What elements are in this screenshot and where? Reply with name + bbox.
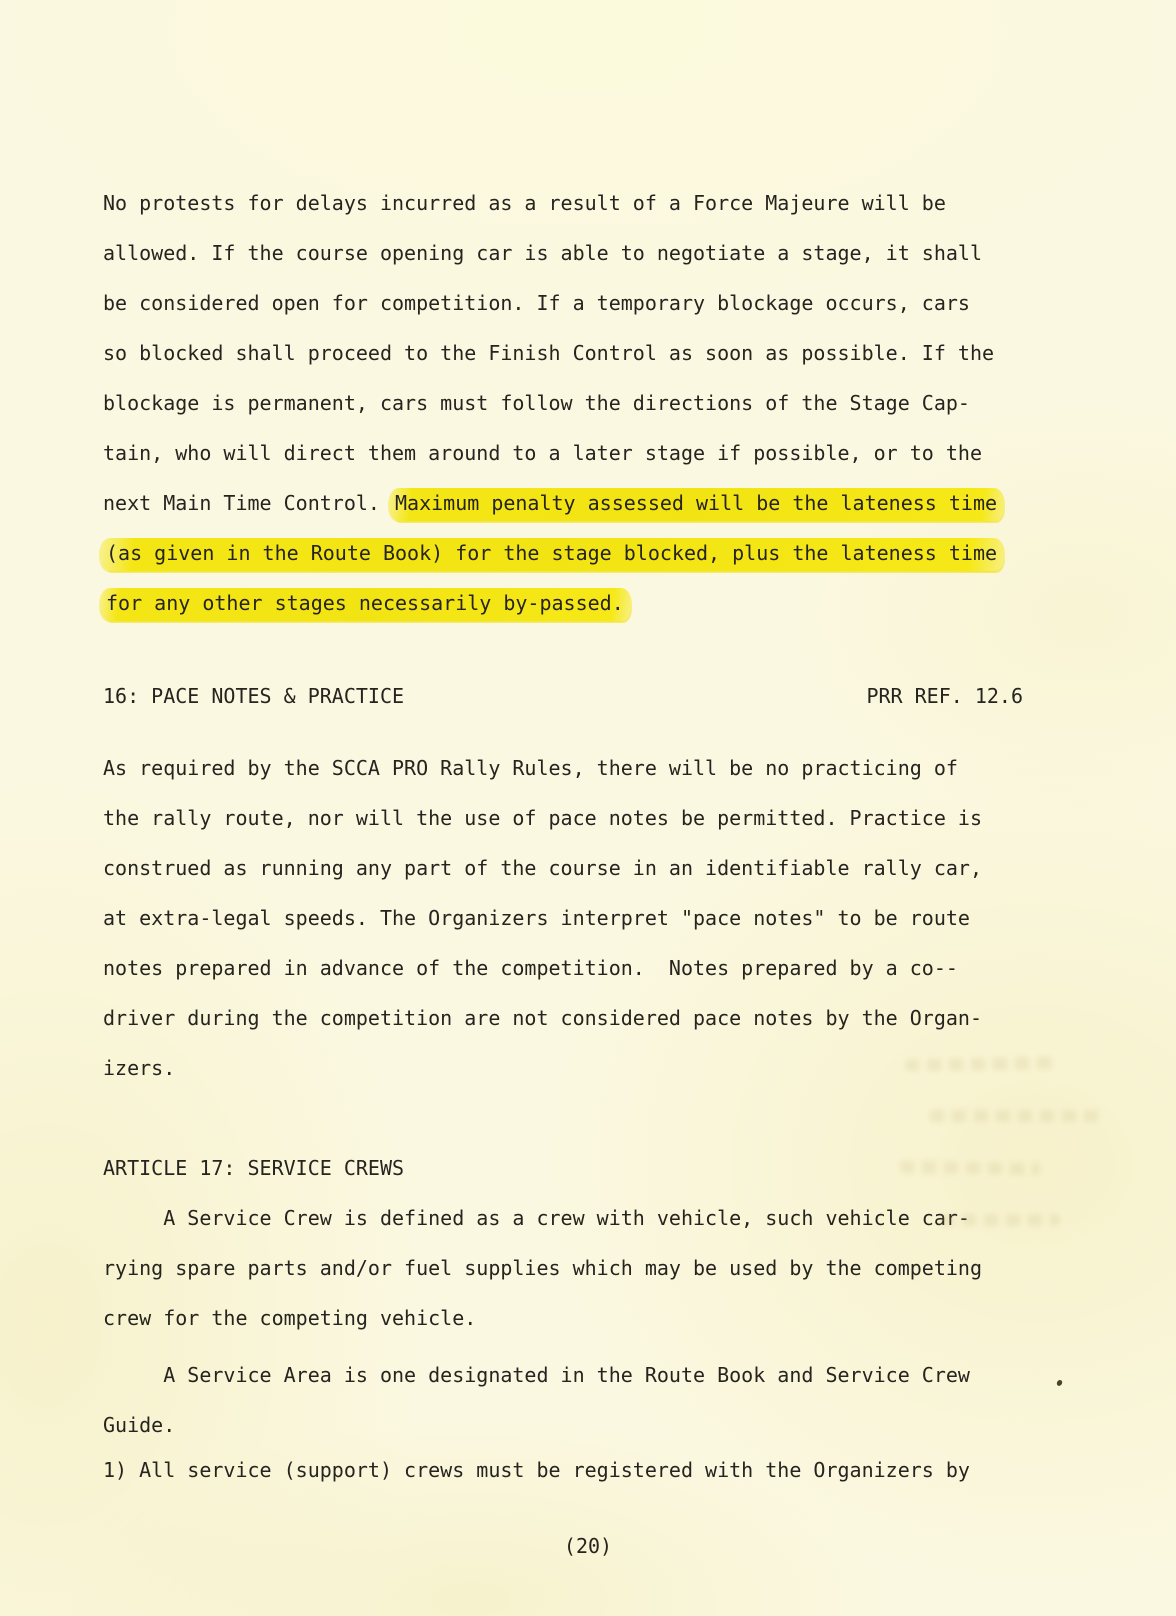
text-line: notes prepared in advance of the competi… xyxy=(103,943,1023,993)
text-line: next Main Time Control. Maximum penalty … xyxy=(103,478,1023,528)
text-line: tain, who will direct them around to a l… xyxy=(103,428,1023,478)
text-line: (as given in the Route Book) for the sta… xyxy=(103,528,1023,578)
bleed-through-smudge xyxy=(905,1057,1055,1072)
text-line: blockage is permanent, cars must follow … xyxy=(103,378,1023,428)
paragraph-registration-lines: 1) All service (support) crews must be r… xyxy=(103,1445,1023,1495)
paragraph-service-area: A Service Area is one designated in the … xyxy=(103,1350,1023,1450)
bleed-through-smudge xyxy=(900,1161,1040,1175)
highlighted-text: Maximum penalty assessed will be the lat… xyxy=(388,488,1005,521)
text-line: rying spare parts and/or fuel supplies w… xyxy=(103,1243,1023,1293)
paragraph-force-majeure: No protests for delays incurred as a res… xyxy=(103,178,1023,628)
text-line: be considered open for competition. If a… xyxy=(103,278,1023,328)
paragraph-service-area-lines: A Service Area is one designated in the … xyxy=(103,1350,1023,1450)
text-line: Guide. xyxy=(103,1400,1023,1450)
text-line: izers. xyxy=(103,1043,1023,1093)
section-16-heading-row: 16: PACE NOTES & PRACTICE PRR REF. 12.6 xyxy=(103,671,1023,721)
text-line: so blocked shall proceed to the Finish C… xyxy=(103,328,1023,378)
text-line: allowed. If the course opening car is ab… xyxy=(103,228,1023,278)
article-17-heading-row: ARTICLE 17: SERVICE CREWS xyxy=(103,1143,1023,1193)
paragraph-force-majeure-plain-lines: No protests for delays incurred as a res… xyxy=(103,178,1023,478)
line-plain-text: next Main Time Control. xyxy=(103,491,392,515)
section-16-heading: 16: PACE NOTES & PRACTICE xyxy=(103,671,404,721)
article-17-heading: ARTICLE 17: SERVICE CREWS xyxy=(103,1156,404,1180)
text-line: the rally route, nor will the use of pac… xyxy=(103,793,1023,843)
paragraph-service-crew: A Service Crew is defined as a crew with… xyxy=(103,1193,1023,1343)
paragraph-pace-notes: As required by the SCCA PRO Rally Rules,… xyxy=(103,743,1023,1093)
paragraph-registration-item-1: 1) All service (support) crews must be r… xyxy=(103,1445,1023,1495)
text-line: driver during the competition are not co… xyxy=(103,993,1023,1043)
text-line: crew for the competing vehicle. xyxy=(103,1293,1023,1343)
page-number: (20) xyxy=(0,1521,1176,1571)
bleed-through-smudge xyxy=(930,1110,1105,1122)
paragraph-pace-notes-lines: As required by the SCCA PRO Rally Rules,… xyxy=(103,743,1023,1093)
text-line: A Service Area is one designated in the … xyxy=(103,1350,1023,1400)
text-line: construed as running any part of the cou… xyxy=(103,843,1023,893)
text-line: As required by the SCCA PRO Rally Rules,… xyxy=(103,743,1023,793)
paragraph-service-crew-lines: A Service Crew is defined as a crew with… xyxy=(103,1193,1023,1343)
ink-speck xyxy=(1056,1379,1063,1386)
text-line: for any other stages necessarily by-pass… xyxy=(103,578,1023,628)
scanned-document-page: { "colors": { "paper": "#fbf8e1", "ink":… xyxy=(0,0,1176,1616)
text-line: A Service Crew is defined as a crew with… xyxy=(103,1193,1023,1243)
highlighted-text: (as given in the Route Book) for the sta… xyxy=(99,538,1005,571)
highlighted-text: for any other stages necessarily by-pass… xyxy=(99,588,632,621)
section-16-prr-reference: PRR REF. 12.6 xyxy=(866,671,1023,721)
text-line: at extra-legal speeds. The Organizers in… xyxy=(103,893,1023,943)
text-line: No protests for delays incurred as a res… xyxy=(103,178,1023,228)
text-line: 1) All service (support) crews must be r… xyxy=(103,1445,1023,1495)
bleed-through-smudge xyxy=(940,1214,1060,1226)
